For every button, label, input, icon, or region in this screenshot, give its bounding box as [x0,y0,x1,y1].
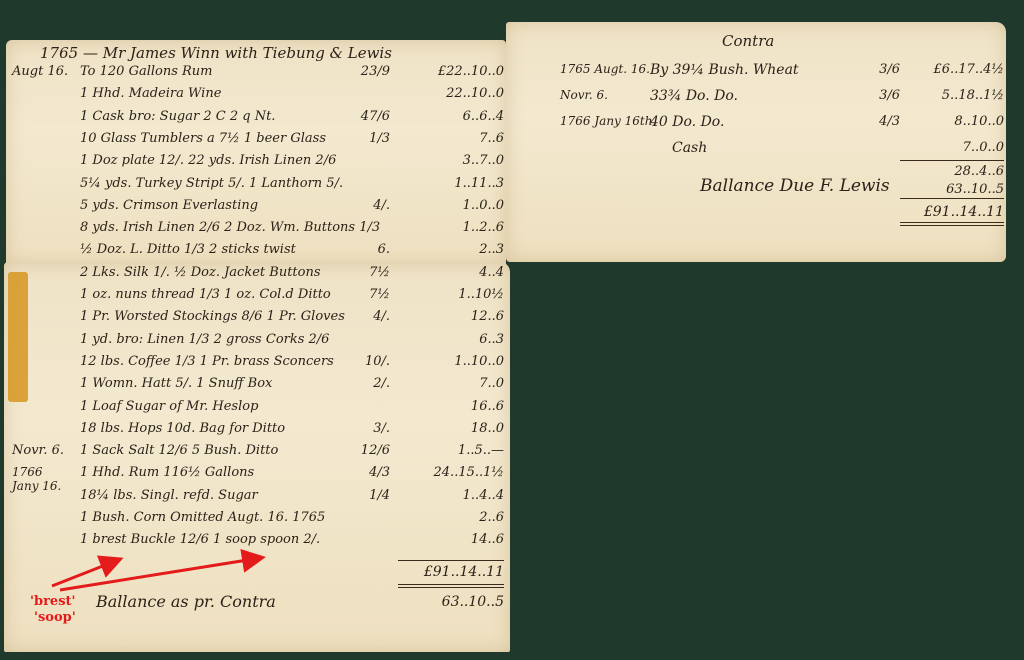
credit-entry-amount: 7..0..0 [900,140,1004,155]
entry-date: 1766 Jany 16. [12,465,72,493]
annotation-soop: 'soop' [34,610,76,625]
entry-rate: 4/. [340,198,390,213]
credit-entry-rate: 3/6 [860,88,900,103]
entry-amount: 1..11..3 [400,176,504,191]
entry-item: 1 Hhd. Rum 116½ Gallons [80,465,254,480]
entry-amount: 3..7..0 [400,153,504,168]
entry-amount: 2..6 [400,510,504,525]
entry-amount: 1..5..— [400,443,504,458]
entry-amount: 7..0 [400,376,504,391]
entry-rate: 23/9 [340,64,390,79]
entry-rate: 47/6 [340,109,390,124]
entry-item: 1 Doz plate 12/. 22 yds. Irish Linen 2/6 [80,153,336,168]
entry-amount: 4..4 [400,265,504,280]
entry-amount: 1..2..6 [400,220,504,235]
entry-item: 5 yds. Crimson Everlasting [80,198,258,213]
entry-rate: 1/4 [340,488,390,503]
entry-rate: 2/. [340,376,390,391]
entry-amount: 7..6 [400,131,504,146]
entry-rate: 4/. [340,309,390,324]
entry-item: To 120 Gallons Rum [80,64,213,79]
annotation-brest: 'brest' [30,594,76,609]
entry-item: 2 Lks. Silk 1/. ½ Doz. Jacket Buttons [80,265,321,280]
credit-entry-date: Novr. 6. [560,88,608,102]
entry-item: 18¼ lbs. Singl. refd. Sugar [80,488,258,503]
entry-amount: 22..10..0 [400,86,504,101]
credit-entry-rate: 4/3 [860,114,900,129]
entry-item: 1 Cask bro: Sugar 2 C 2 q Nt. [80,109,275,124]
credit-entry-item: 33¾ Do. Do. [650,88,738,104]
entry-item: ½ Doz. L. Ditto 1/3 2 sticks twist [80,242,296,257]
entry-rate: 7½ [340,287,390,302]
entry-item: 5¼ yds. Turkey Stript 5/. 1 Lanthorn 5/. [80,176,343,191]
entry-rate: 3/. [340,421,390,436]
entry-item: 1 oz. nuns thread 1/3 1 oz. Col.d Ditto [80,287,331,302]
entry-amount: 14..6 [400,532,504,547]
entry-rate: 12/6 [340,443,390,458]
entry-amount: 1..10½ [400,287,504,302]
entry-amount: 1..4..4 [400,488,504,503]
entry-amount: 6..6..4 [400,109,504,124]
credit-entry-item: By 39¼ Bush. Wheat [650,62,799,78]
entry-item: 1 Loaf Sugar of Mr. Heslop [80,399,258,414]
entry-rate: 7½ [340,265,390,280]
entry-item: 1 Pr. Worsted Stockings 8/6 1 Pr. Gloves [80,309,345,324]
entry-amount: 2..3 [400,242,504,257]
credit-entry-amount: 8..10..0 [900,114,1004,129]
entry-amount: 1..0..0 [400,198,504,213]
entry-amount: £22..10..0 [400,64,504,79]
entry-amount: 12..6 [400,309,504,324]
entry-item: 1 Sack Salt 12/6 5 Bush. Ditto [80,443,278,458]
entry-item: 18 lbs. Hops 10d. Bag for Ditto [80,421,285,436]
entry-rate: 1/3 [340,131,390,146]
credit-entry-date: 1766 Jany 16th. [560,114,656,128]
entry-amount: 6..3 [400,332,504,347]
entry-amount: 24..15..1½ [400,465,504,480]
entry-item: 1 brest Buckle 12/6 1 soop spoon 2/. [80,532,320,547]
entry-item: 1 Hhd. Madeira Wine [80,86,221,101]
entry-date: Novr. 6. [12,443,64,458]
credit-entry-amount: 5..18..1½ [900,88,1004,103]
entry-amount: 16..6 [400,399,504,414]
credit-entry-item: Cash [672,140,707,156]
credit-entry-rate: 3/6 [860,62,900,77]
entry-item: 1 Womn. Hatt 5/. 1 Snuff Box [80,376,272,391]
credit-entry-amount: £6..17..4½ [900,62,1004,77]
entry-item: 1 Bush. Corn Omitted Augt. 16. 1765 [80,510,325,525]
credit-entry-date: 1765 Augt. 16. [560,62,650,76]
entry-date: Augt 16. [12,64,68,79]
entry-rate: 6. [340,242,390,257]
credit-entry-item: 40 Do. Do. [650,114,724,130]
entry-item: 1 yd. bro: Linen 1/3 2 gross Corks 2/6 [80,332,329,347]
entry-rate: 4/3 [340,465,390,480]
entry-amount: 18..0 [400,421,504,436]
entry-rate: 10/. [340,354,390,369]
entry-item: 12 lbs. Coffee 1/3 1 Pr. brass Sconcers [80,354,334,369]
entry-item: 8 yds. Irish Linen 2/6 2 Doz. Wm. Button… [80,220,380,235]
entry-item: 10 Glass Tumblers a 7½ 1 beer Glass [80,131,326,146]
entry-amount: 1..10..0 [400,354,504,369]
